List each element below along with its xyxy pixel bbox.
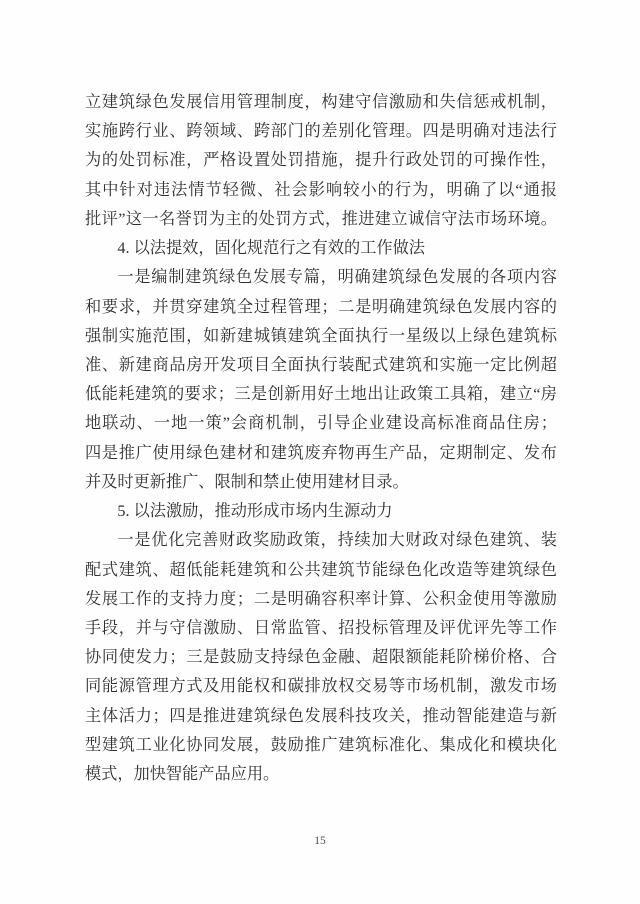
text-line: 立建筑绿色发展信用管理制度，构建守信激励和失信惩戒机制， bbox=[85, 88, 557, 117]
text-line: 准、新建商品房开发项目全面执行装配式建筑和实施一定比例超 bbox=[85, 351, 557, 380]
text-line: 其中针对违法情节轻微、社会影响较小的行为，明确了以“通报 bbox=[85, 176, 557, 205]
text-line: 低能耗建筑的要求；三是创新用好土地出让政策工具箱，建立“房 bbox=[85, 380, 557, 409]
paragraph-first-line: 一是编制建筑绿色发展专篇，明确建筑绿色发展的各项内容 bbox=[85, 263, 557, 292]
text-line: 批评”这一名誉罚为主的处罚方式，推进建立诚信守法市场环境。 bbox=[85, 205, 557, 234]
text-line: 发展工作的支持力度；二是明确容积率计算、公积金使用等激励 bbox=[85, 585, 557, 614]
text-line: 配式建筑、超低能耗建筑和公共建筑节能绿色化改造等建筑绿色 bbox=[85, 556, 557, 585]
text-line: 主体活力；四是推进建筑绿色发展科技攻关，推动智能建造与新 bbox=[85, 702, 557, 731]
paragraph-last-line: 模式，加快智能产品应用。 bbox=[85, 760, 557, 789]
text-line: 四是推广使用绿色建材和建筑废弃物再生产品，定期制定、发布 bbox=[85, 439, 557, 468]
paragraph-last-line: 并及时更新推广、限制和禁止使用建材目录。 bbox=[85, 468, 557, 497]
section-heading-5: 5. 以法激励，推动形成市场内生源动力 bbox=[85, 497, 557, 526]
text-line: 和要求，并贯穿建筑全过程管理；二是明确建筑绿色发展内容的 bbox=[85, 293, 557, 322]
text-line: 手段，并与守信激励、日常监管、招投标管理及评优评先等工作 bbox=[85, 614, 557, 643]
text-line: 同能源管理方式及用能权和碳排放权交易等市场机制，激发市场 bbox=[85, 672, 557, 701]
document-page: 立建筑绿色发展信用管理制度，构建守信激励和失信惩戒机制， 实施跨行业、跨领域、跨… bbox=[0, 0, 640, 904]
text-line: 协同使发力；三是鼓励支持绿色金融、超限额能耗阶梯价格、合 bbox=[85, 643, 557, 672]
text-line: 型建筑工业化协同发展，鼓励推广建筑标准化、集成化和模块化 bbox=[85, 731, 557, 760]
text-line: 实施跨行业、跨领域、跨部门的差别化管理。四是明确对违法行 bbox=[85, 117, 557, 146]
text-line: 为的处罚标准，严格设置处罚措施，提升行政处罚的可操作性， bbox=[85, 146, 557, 175]
section-heading-4: 4. 以法提效，固化规范行之有效的工作做法 bbox=[85, 234, 557, 263]
document-body: 立建筑绿色发展信用管理制度，构建守信激励和失信惩戒机制， 实施跨行业、跨领域、跨… bbox=[85, 88, 557, 789]
paragraph-first-line: 一是优化完善财政奖励政策，持续加大财政对绿色建筑、装 bbox=[85, 526, 557, 555]
page-number: 15 bbox=[0, 835, 640, 848]
text-line: 地联动、一地一策”会商机制，引导企业建设高标准商品住房； bbox=[85, 409, 557, 438]
text-line: 强制实施范围，如新建城镇建筑全面执行一星级以上绿色建筑标 bbox=[85, 322, 557, 351]
